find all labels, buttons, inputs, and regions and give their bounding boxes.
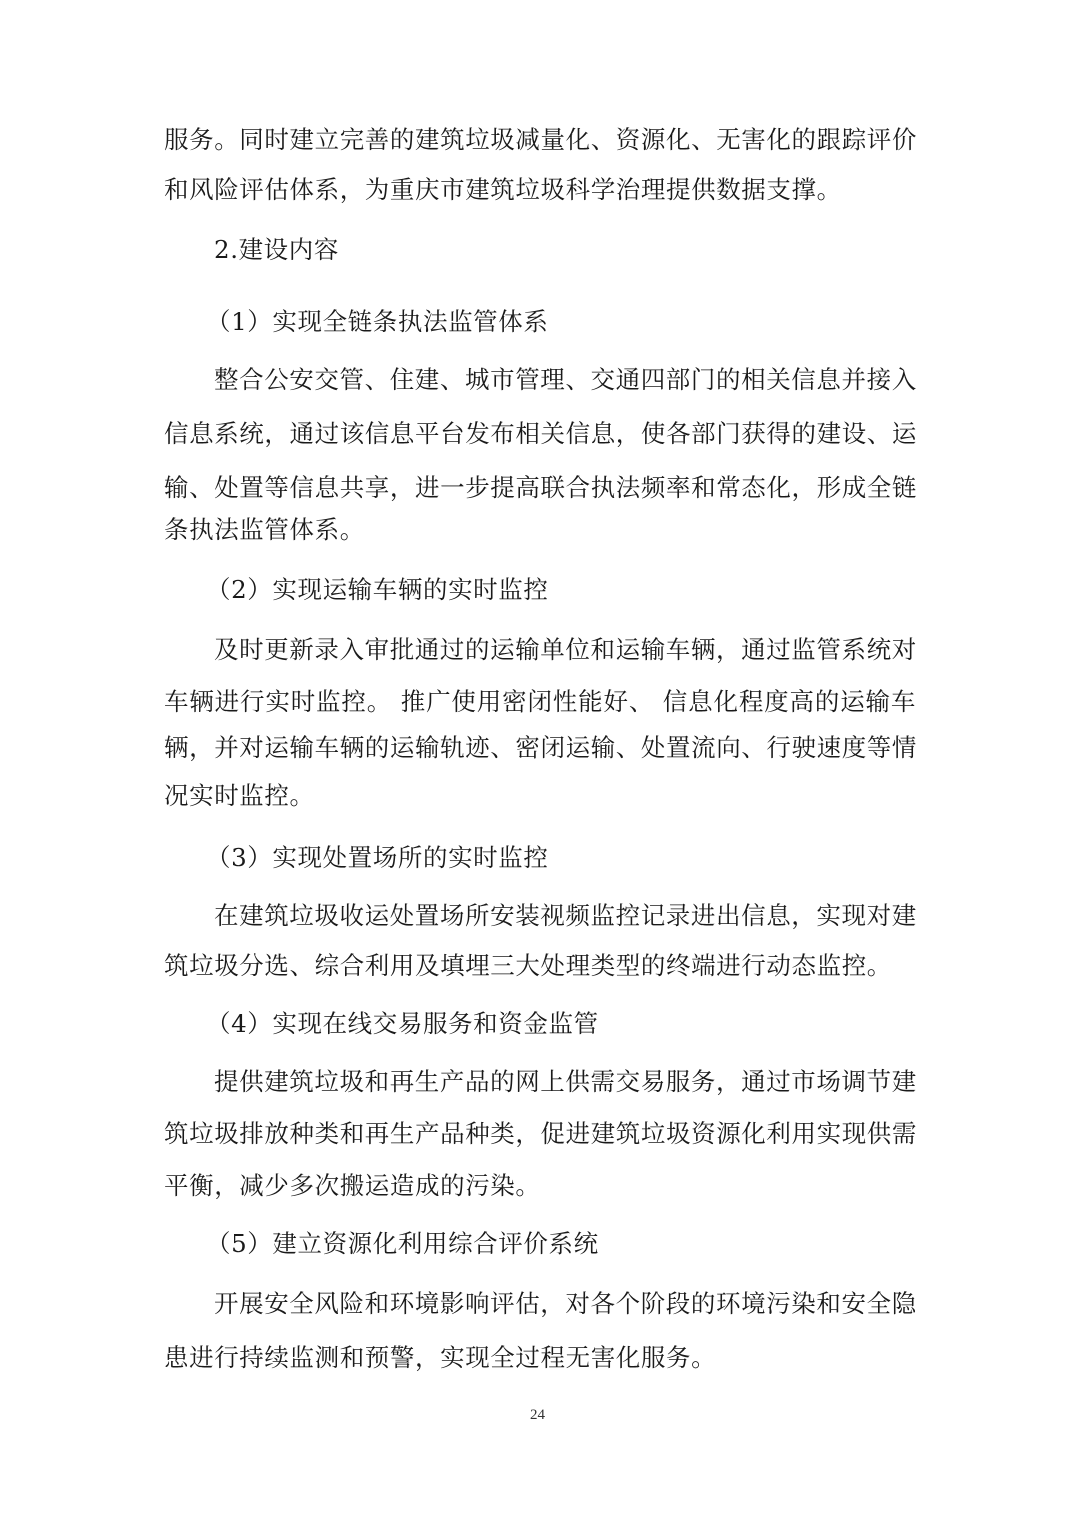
intro-line-2: 和风险评估体系，为重庆市建筑垃圾科学治理提供数据支撑。 <box>164 174 916 206</box>
subsection-5-line-1: 开展安全风险和环境影响评估，对各个阶段的环境污染和安全隐 <box>214 1288 916 1320</box>
subsection-2-line-3: 辆，并对运输车辆的运输轨迹、密闭运输、处置流向、行驶速度等情 <box>164 732 916 764</box>
subsection-5-heading: （5）建立资源化利用综合评价系统 <box>206 1228 958 1260</box>
subsection-2-heading: （2）实现运输车辆的实时监控 <box>206 574 958 606</box>
subsection-1-line-1: 整合公安交管、住建、城市管理、交通四部门的相关信息并接入 <box>214 364 916 396</box>
subsection-2-line-4: 况实时监控。 <box>164 780 916 812</box>
subsection-3-line-2: 筑垃圾分选、综合利用及填埋三大处理类型的终端进行动态监控。 <box>164 950 916 982</box>
subsection-4-heading: （4）实现在线交易服务和资金监管 <box>206 1008 958 1040</box>
subsection-2-line-2: 车辆进行实时监控。 推广使用密闭性能好、 信息化程度高的运输车 <box>164 686 916 718</box>
subsection-1-line-3: 输、处置等信息共享，进一步提高联合执法频率和常态化，形成全链 <box>164 472 916 504</box>
subsection-4-line-2: 筑垃圾排放种类和再生产品种类，促进建筑垃圾资源化利用实现供需 <box>164 1118 916 1150</box>
subsection-5-line-2: 患进行持续监测和预警，实现全过程无害化服务。 <box>164 1342 916 1374</box>
section-heading: 2.建设内容 <box>214 234 966 266</box>
subsection-4-line-1: 提供建筑垃圾和再生产品的网上供需交易服务，通过市场调节建 <box>214 1066 916 1098</box>
subsection-1-heading: （1）实现全链条执法监管体系 <box>206 306 958 338</box>
intro-line-1: 服务。同时建立完善的建筑垃圾减量化、资源化、无害化的跟踪评价 <box>164 124 916 156</box>
subsection-2-line-1: 及时更新录入审批通过的运输单位和运输车辆，通过监管系统对 <box>214 634 916 666</box>
page-number: 24 <box>0 1407 1075 1424</box>
subsection-4-line-3: 平衡，减少多次搬运造成的污染。 <box>164 1170 916 1202</box>
subsection-1-line-4: 条执法监管体系。 <box>164 514 916 546</box>
subsection-1-line-2: 信息系统，通过该信息平台发布相关信息，使各部门获得的建设、运 <box>164 418 916 450</box>
subsection-3-heading: （3）实现处置场所的实时监控 <box>206 842 958 874</box>
subsection-3-line-1: 在建筑垃圾收运处置场所安装视频监控记录进出信息，实现对建 <box>214 900 916 932</box>
